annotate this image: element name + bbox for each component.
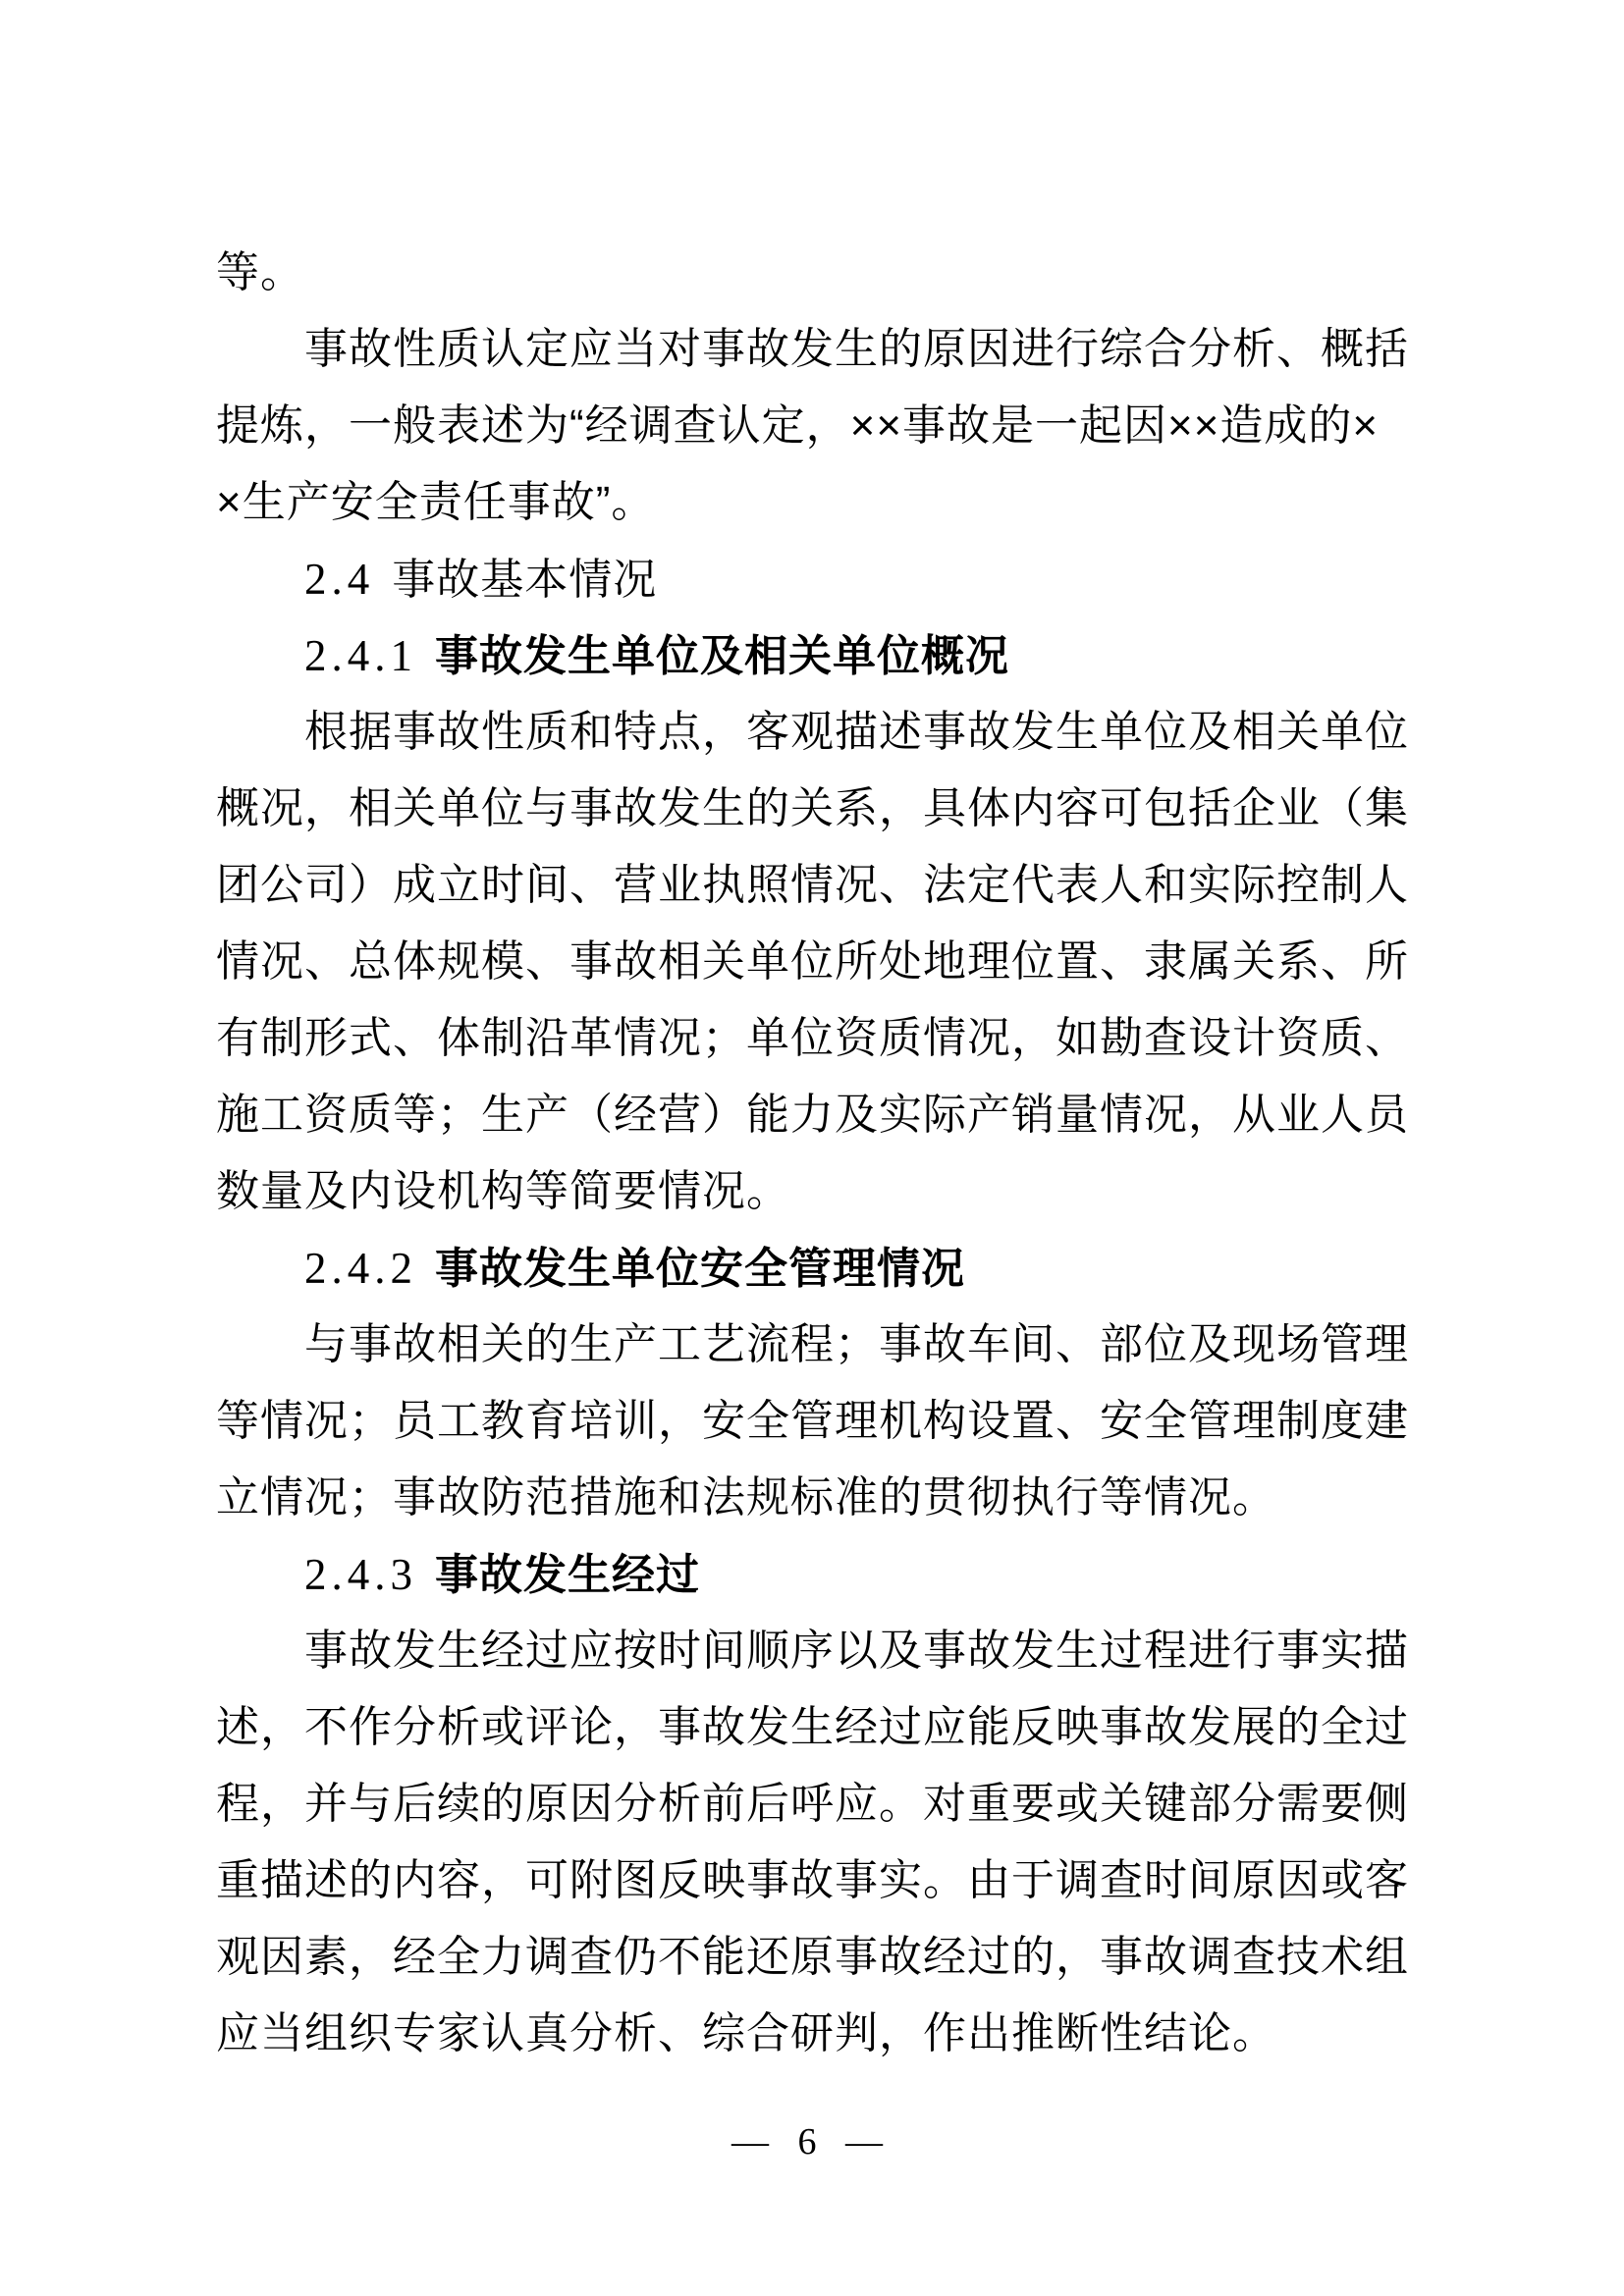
page-number: — 6 — bbox=[0, 2120, 1624, 2163]
heading-line-2.4.2: 2.4.2事故发生单位安全管理情况 bbox=[216, 1230, 1412, 1307]
text-line: 有制形式、体制沿革情况；单位资质情况，如勘查设计资质、 bbox=[216, 1000, 1412, 1077]
text-line: 与事故相关的生产工艺流程；事故车间、部位及现场管理 bbox=[216, 1307, 1412, 1383]
text-line: 立情况；事故防范措施和法规标准的贯彻执行等情况。 bbox=[216, 1460, 1412, 1536]
text-line: 提炼，一般表述为“经调查认定，××事故是一起因××造成的× bbox=[216, 388, 1412, 464]
text-line: 事故性质认定应当对事故发生的原因进行综合分析、概括 bbox=[216, 311, 1412, 388]
text-line: 概况，相关单位与事故发生的关系，具体内容可包括企业（集 bbox=[216, 771, 1412, 847]
text-line: 根据事故性质和特点，客观描述事故发生单位及相关单位 bbox=[216, 694, 1412, 771]
text-line: 事故发生经过应按时间顺序以及事故发生过程进行事实描 bbox=[216, 1613, 1412, 1689]
text-line: 团公司）成立时间、营业执照情况、法定代表人和实际控制人 bbox=[216, 847, 1412, 924]
text-line: 等情况；员工教育培训，安全管理机构设置、安全管理制度建 bbox=[216, 1383, 1412, 1460]
text-line: ×生产安全责任事故”。 bbox=[216, 464, 1412, 541]
text-line: 情况、总体规模、事故相关单位所处地理位置、隶属关系、所 bbox=[216, 924, 1412, 1000]
text-line: 数量及内设机构等简要情况。 bbox=[216, 1153, 1412, 1230]
text-line: 程，并与后续的原因分析前后呼应。对重要或关键部分需要侧 bbox=[216, 1766, 1412, 1842]
heading-number: 2.4.3 bbox=[304, 1550, 417, 1599]
heading-number: 2.4 bbox=[304, 555, 374, 604]
heading-line-2.4.3: 2.4.3事故发生经过 bbox=[216, 1536, 1412, 1613]
heading-text: 事故发生单位及相关单位概况 bbox=[435, 632, 1009, 680]
heading-line-2.4.1: 2.4.1事故发生单位及相关单位概况 bbox=[216, 617, 1412, 694]
heading-line-2.4: 2.4事故基本情况 bbox=[216, 541, 1412, 617]
text-line: 应当组织专家认真分析、综合研判，作出推断性结论。 bbox=[216, 1996, 1412, 2072]
text-line: 施工资质等；生产（经营）能力及实际产销量情况，从业人员 bbox=[216, 1077, 1412, 1153]
heading-text: 事故发生单位安全管理情况 bbox=[435, 1245, 965, 1293]
heading-number: 2.4.2 bbox=[304, 1244, 417, 1293]
text-line: 述，不作分析或评论，事故发生经过应能反映事故发展的全过 bbox=[216, 1689, 1412, 1766]
heading-text: 事故发生经过 bbox=[435, 1551, 700, 1599]
text-line: 重描述的内容，可附图反映事故事实。由于调查时间原因或客 bbox=[216, 1842, 1412, 1919]
text-line: 观因素，经全力调查仍不能还原事故经过的，事故调查技术组 bbox=[216, 1919, 1412, 1996]
document-page: 等。事故性质认定应当对事故发生的原因进行综合分析、概括提炼，一般表述为“经调查认… bbox=[0, 0, 1624, 2296]
heading-text: 事故基本情况 bbox=[392, 556, 657, 604]
text-line: 等。 bbox=[216, 235, 1412, 311]
heading-number: 2.4.1 bbox=[304, 631, 417, 680]
document-body: 等。事故性质认定应当对事故发生的原因进行综合分析、概括提炼，一般表述为“经调查认… bbox=[216, 235, 1412, 2072]
